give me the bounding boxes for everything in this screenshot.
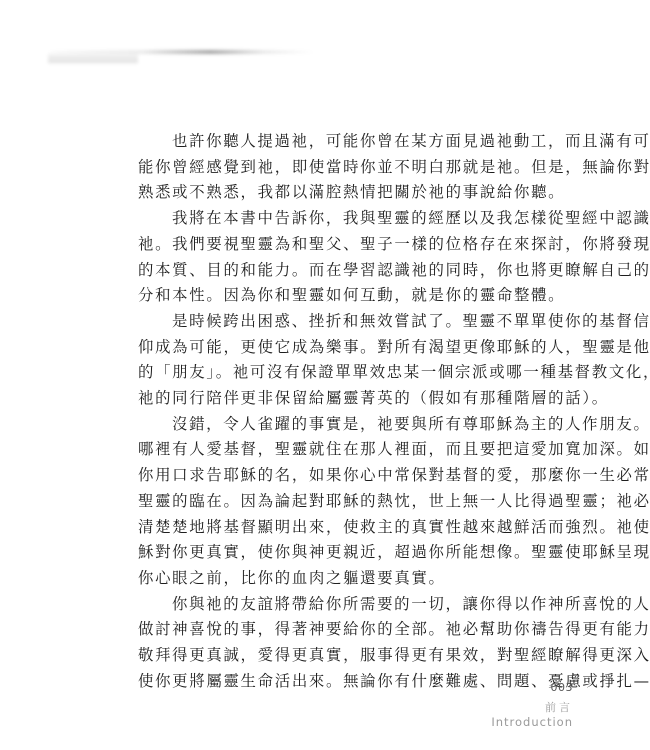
page-footer: 003 前言 Introduction [491, 680, 573, 730]
page-curl-shadow [48, 50, 318, 66]
text-line: 聖靈的臨在。因為論起對耶穌的熱忱，世上無一人比得過聖靈；祂必清 [138, 489, 518, 515]
text-line: 仰成為可能，更使它成為樂事。對所有渴望更像耶穌的人，聖靈是他們 [138, 335, 518, 361]
paragraph: 沒錯，令人雀躍的事實是，祂要與所有尊耶穌為主的人作朋友。 哪裡有人愛基督，聖靈就… [138, 412, 518, 592]
paragraph: 我將在本書中告訴你，我與聖靈的經歷以及我怎樣從聖經中認識 祂。我們要視聖靈為和聖… [138, 206, 518, 309]
body-text: 也許你聽人提過祂，可能你曾在某方面見過祂動工，而且滿有可 能你曾經感覺到祂，即使… [138, 129, 518, 694]
text-line: 的「朋友」。祂可沒有保證單單效忠某一個宗派或哪一種基督教文化， [138, 360, 518, 386]
text-line: 穌對你更真實，使你與神更親近，超過你所能想像。聖靈使耶穌呈現在 [138, 540, 518, 566]
text-line: 你用口求告耶穌的名，如果你心中常保對基督的愛，那麼你一生必常有 [138, 463, 518, 489]
section-title-chinese: 前言 [491, 700, 573, 715]
text-line: 祂的同行陪伴更非保留給屬靈菁英的（假如有那種階層的話）。 [138, 386, 518, 412]
text-line: 能你曾經感覺到祂，即使當時你並不明白那就是祂。但是，無論你對祂 [138, 155, 518, 181]
text-line: 哪裡有人愛基督，聖靈就住在那人裡面，而且要把這愛加寬加深。如果 [138, 437, 518, 463]
paragraph: 是時候跨出困惑、挫折和無效嘗試了。聖靈不單單使你的基督信 仰成為可能，更使它成為… [138, 309, 518, 412]
text-line: 你與祂的友誼將帶給你所需要的一切，讓你得以作神所喜悅的人， [138, 592, 518, 618]
text-line: 做討神喜悅的事，得著神要給你的全部。祂必幫助你禱告得更有能力， [138, 617, 518, 643]
paragraph: 你與祂的友誼將帶給你所需要的一切，讓你得以作神所喜悅的人， 做討神喜悅的事，得著… [138, 592, 518, 695]
section-title-english: Introduction [491, 715, 573, 730]
text-line: 也許你聽人提過祂，可能你曾在某方面見過祂動工，而且滿有可 [138, 129, 518, 155]
text-line: 祂。我們要視聖靈為和聖父、聖子一樣的位格存在來探討，你將發現祂 [138, 232, 518, 258]
text-line: 我將在本書中告訴你，我與聖靈的經歷以及我怎樣從聖經中認識 [138, 206, 518, 232]
paragraph: 也許你聽人提過祂，可能你曾在某方面見過祂動工，而且滿有可 能你曾經感覺到祂，即使… [138, 129, 518, 206]
text-line: 是時候跨出困惑、挫折和無效嘗試了。聖靈不單單使你的基督信 [138, 309, 518, 335]
text-line: 你心眼之前，比你的血肉之軀還要真實。 [138, 566, 518, 592]
text-line: 清楚楚地將基督顯明出來，使救主的真實性越來越鮮活而強烈。祂使耶 [138, 515, 518, 541]
text-line: 敬拜得更真誠，愛得更真實，服事得更有果效，對聖經瞭解得更深入， [138, 643, 518, 669]
text-line: 分和本性。因為你和聖靈如何互動，就是你的靈命整體。 [138, 283, 518, 309]
text-line: 使你更將屬靈生命活出來。無論你有什麼難處、問題、憂慮或掙扎—— [138, 669, 518, 695]
text-line: 熟悉或不熟悉，我都以滿腔熱情把關於祂的事說給你聽。 [138, 180, 518, 206]
text-line: 沒錯，令人雀躍的事實是，祂要與所有尊耶穌為主的人作朋友。 [138, 412, 518, 438]
text-line: 的本質、目的和能力。而在學習認識祂的同時，你也將更瞭解自己的身 [138, 258, 518, 284]
shadow-streak-lower [48, 54, 138, 64]
page-number: 003 [491, 680, 573, 696]
